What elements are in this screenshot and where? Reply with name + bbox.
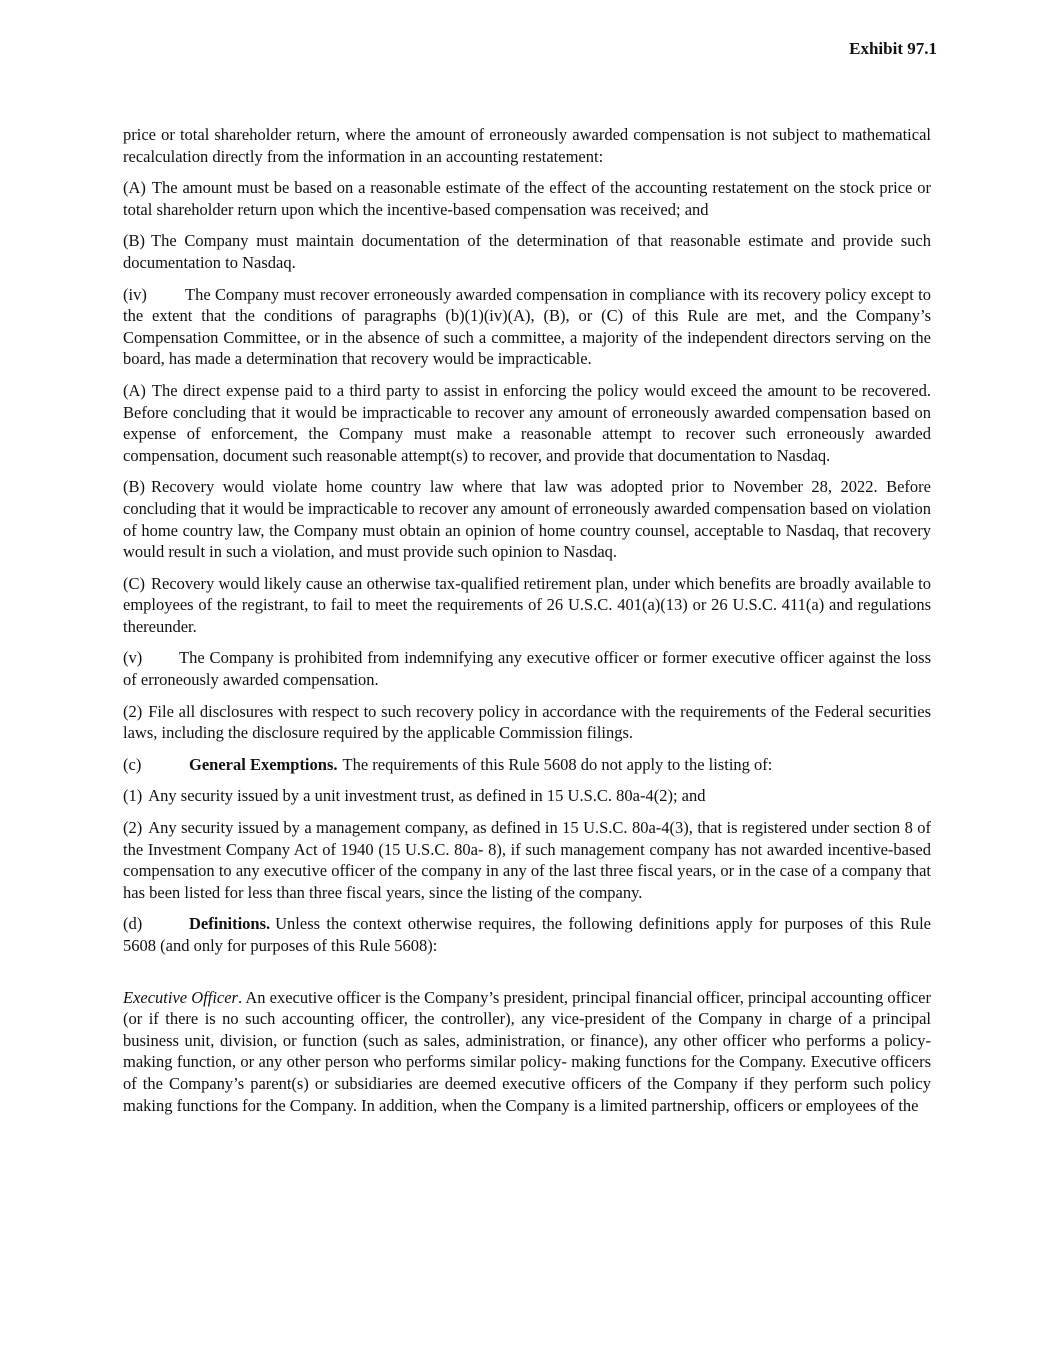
defined-term: Executive Officer [123, 988, 238, 1007]
exhibit-label: Exhibit 97.1 [123, 38, 937, 60]
paragraph-text: File all disclosures with respect to suc… [123, 702, 931, 743]
list-label: (C) [123, 574, 145, 593]
list-label: (1) [123, 786, 142, 805]
paragraph-b1iii-A: (A)The amount must be based on a reasona… [123, 177, 931, 220]
paragraph-text: . An executive officer is the Company’s … [123, 988, 931, 1115]
paragraph-b1iv-A: (A)The direct expense paid to a third pa… [123, 380, 931, 466]
paragraph-text: Any security issued by a management comp… [123, 818, 931, 902]
paragraph-b2: (2)File all disclosures with respect to … [123, 701, 931, 744]
paragraph-b1-v: (v)The Company is prohibited from indemn… [123, 647, 931, 690]
paragraph-b1iv-B: (B)Recovery would violate home country l… [123, 476, 931, 562]
paragraph-text: price or total shareholder return, where… [123, 125, 931, 166]
list-label: (A) [123, 178, 146, 197]
list-label: (v) [123, 647, 179, 669]
paragraph-text: The requirements of this Rule 5608 do no… [343, 755, 773, 774]
paragraph-text: Recovery would likely cause an otherwise… [123, 574, 931, 636]
list-label: (2) [123, 702, 142, 721]
document-page: Exhibit 97.1 price or total shareholder … [0, 0, 1055, 1365]
paragraph-b1iii-B: (B)The Company must maintain documentati… [123, 230, 931, 273]
paragraph-text: The direct expense paid to a third party… [123, 381, 931, 465]
paragraph-text: The Company is prohibited from indemnify… [123, 648, 931, 689]
paragraph-text: The Company must maintain documentation … [123, 231, 931, 272]
paragraph-text: The amount must be based on a reasonable… [123, 178, 931, 219]
list-label: (d) [123, 913, 189, 935]
paragraph-intro: price or total shareholder return, where… [123, 124, 931, 167]
list-label: (iv) [123, 284, 185, 306]
document-content: Exhibit 97.1 price or total shareholder … [123, 0, 931, 1116]
list-label: (B) [123, 477, 145, 496]
section-heading: Definitions. [189, 914, 270, 933]
list-label: (2) [123, 818, 142, 837]
paragraph-text: Recovery would violate home country law … [123, 477, 931, 561]
section-heading: General Exemptions. [189, 755, 338, 774]
list-label: (A) [123, 381, 146, 400]
paragraph-text: The Company must recover erroneously awa… [123, 285, 931, 369]
paragraph-executive-officer-definition: Executive Officer. An executive officer … [123, 987, 931, 1117]
paragraph-b1-iv: (iv)The Company must recover erroneously… [123, 284, 931, 370]
paragraph-d-definitions: (d)Definitions.Unless the context otherw… [123, 913, 931, 956]
paragraph-c1: (1)Any security issued by a unit investm… [123, 785, 931, 807]
paragraph-b1iv-C: (C)Recovery would likely cause an otherw… [123, 573, 931, 638]
paragraph-c2: (2)Any security issued by a management c… [123, 817, 931, 903]
paragraph-c-general-exemptions: (c)General Exemptions.The requirements o… [123, 754, 931, 776]
list-label: (B) [123, 231, 145, 250]
paragraph-text: Any security issued by a unit investment… [148, 786, 705, 805]
list-label: (c) [123, 754, 189, 776]
